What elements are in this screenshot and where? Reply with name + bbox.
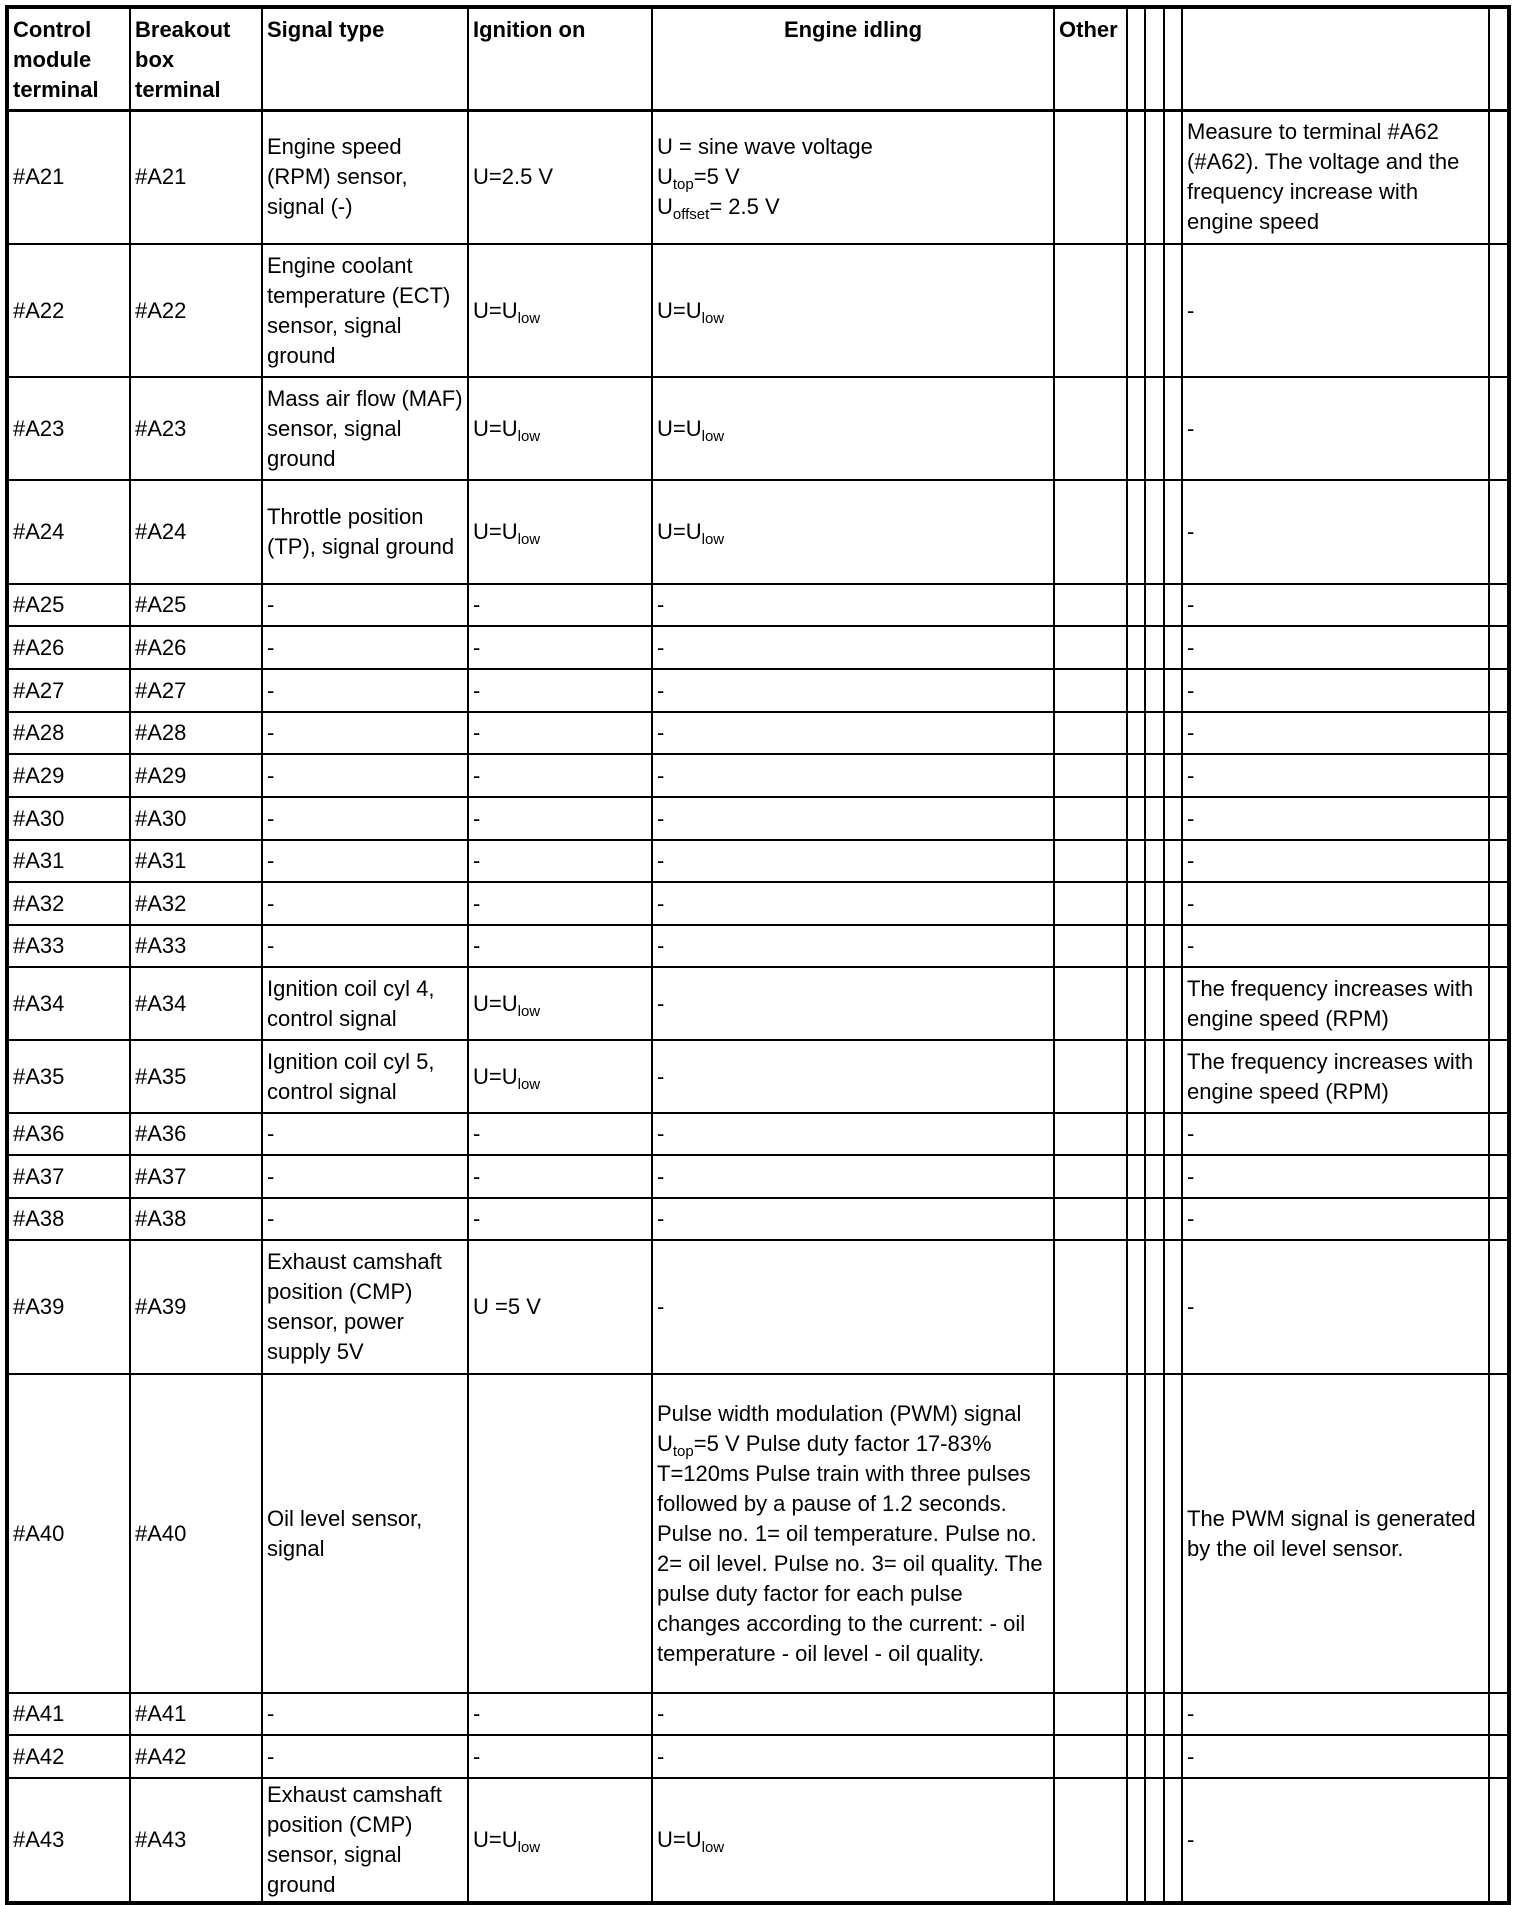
comment-cell: - [1182, 1735, 1489, 1778]
signal-type-cell: - [262, 754, 468, 797]
engine-idling-cell: - [652, 1693, 1054, 1735]
ignition-on-cell: U=Ulow [468, 480, 652, 584]
blank-cell [1489, 797, 1509, 840]
ignition-on-cell: - [468, 925, 652, 967]
blank-cell [1127, 925, 1145, 967]
other-cell [1054, 377, 1127, 480]
blank-cell [1127, 882, 1145, 925]
other-cell [1054, 1155, 1127, 1198]
header-signal-type: Signal type [262, 7, 468, 110]
blank-cell [1145, 840, 1164, 882]
blank-cell [1164, 480, 1182, 584]
ignition-on-cell: U=Ulow [468, 1778, 652, 1903]
ignition-on-cell: - [468, 669, 652, 712]
comment-cell: The frequency increases with engine spee… [1182, 967, 1489, 1040]
control-module-terminal-cell: #A43 [7, 1778, 130, 1903]
value-line: - [473, 1742, 647, 1772]
table-row: #A40#A40Oil level sensor, signalPulse wi… [7, 1374, 1509, 1693]
signal-type-cell: - [262, 1198, 468, 1240]
other-cell [1054, 480, 1127, 584]
blank-cell [1489, 244, 1509, 377]
comment-cell: - [1182, 480, 1489, 584]
blank-cell [1489, 925, 1509, 967]
signal-type-cell: - [262, 712, 468, 754]
blank-cell [1164, 584, 1182, 626]
comment-cell: - [1182, 1240, 1489, 1374]
breakout-box-terminal-cell: #A31 [130, 840, 262, 882]
blank-cell [1164, 712, 1182, 754]
header-blank-3 [1164, 7, 1182, 110]
blank-cell [1145, 925, 1164, 967]
table-row: #A27#A27---- [7, 669, 1509, 712]
table-row: #A39#A39Exhaust camshaft position (CMP) … [7, 1240, 1509, 1374]
engine-idling-cell: - [652, 925, 1054, 967]
table-row: #A23#A23Mass air flow (MAF) sensor, sign… [7, 377, 1509, 480]
engine-idling-cell: U=Ulow [652, 480, 1054, 584]
table-row: #A37#A37---- [7, 1155, 1509, 1198]
value-line: - [657, 590, 1049, 620]
engine-idling-cell: - [652, 797, 1054, 840]
control-module-terminal-cell: #A35 [7, 1040, 130, 1113]
blank-cell [1127, 1113, 1145, 1155]
ignition-on-cell: U=Ulow [468, 1040, 652, 1113]
value-line: U=Ulow [657, 296, 1049, 326]
blank-cell [1489, 1693, 1509, 1735]
value-line: - [657, 1162, 1049, 1192]
blank-cell [1145, 754, 1164, 797]
table-row: #A42#A42---- [7, 1735, 1509, 1778]
blank-cell [1164, 925, 1182, 967]
blank-cell [1127, 1198, 1145, 1240]
comment-cell: - [1182, 754, 1489, 797]
table-row: #A25#A25---- [7, 584, 1509, 626]
comment-cell: The PWM signal is generated by the oil l… [1182, 1374, 1489, 1693]
other-cell [1054, 1374, 1127, 1693]
blank-cell [1164, 1693, 1182, 1735]
other-cell [1054, 712, 1127, 754]
comment-cell: - [1182, 377, 1489, 480]
ignition-on-cell: - [468, 754, 652, 797]
engine-idling-cell: - [652, 754, 1054, 797]
comment-cell: - [1182, 1778, 1489, 1903]
header-control-module-terminal: Control module terminal [7, 7, 130, 110]
blank-cell [1489, 840, 1509, 882]
signal-type-cell: Engine speed (RPM) sensor, signal (-) [262, 110, 468, 244]
other-cell [1054, 1113, 1127, 1155]
ignition-on-cell: - [468, 1198, 652, 1240]
signal-type-cell: - [262, 669, 468, 712]
blank-cell [1164, 377, 1182, 480]
engine-idling-cell: - [652, 882, 1054, 925]
blank-cell [1127, 840, 1145, 882]
breakout-box-terminal-cell: #A43 [130, 1778, 262, 1903]
signal-type-cell: - [262, 797, 468, 840]
blank-cell [1164, 669, 1182, 712]
blank-cell [1127, 626, 1145, 669]
blank-cell [1145, 1735, 1164, 1778]
comment-cell: - [1182, 797, 1489, 840]
control-module-terminal-cell: #A41 [7, 1693, 130, 1735]
table-row: #A43#A43Exhaust camshaft position (CMP) … [7, 1778, 1509, 1903]
blank-cell [1145, 712, 1164, 754]
breakout-box-terminal-cell: #A35 [130, 1040, 262, 1113]
signal-type-cell: Ignition coil cyl 4, control signal [262, 967, 468, 1040]
blank-cell [1145, 1778, 1164, 1903]
value-line: - [657, 718, 1049, 748]
breakout-box-terminal-cell: #A22 [130, 244, 262, 377]
control-module-terminal-cell: #A21 [7, 110, 130, 244]
value-line: Uoffset= 2.5 V [657, 192, 1049, 222]
value-line: U=Ulow [473, 517, 647, 547]
control-module-terminal-cell: #A37 [7, 1155, 130, 1198]
blank-cell [1164, 1155, 1182, 1198]
engine-idling-cell: - [652, 712, 1054, 754]
blank-cell [1164, 1735, 1182, 1778]
signal-type-cell: Exhaust camshaft position (CMP) sensor, … [262, 1778, 468, 1903]
control-module-terminal-cell: #A22 [7, 244, 130, 377]
table-row: #A31#A31---- [7, 840, 1509, 882]
ignition-on-cell: U =5 V [468, 1240, 652, 1374]
breakout-box-terminal-cell: #A28 [130, 712, 262, 754]
blank-cell [1489, 377, 1509, 480]
blank-cell [1164, 882, 1182, 925]
engine-idling-cell: U=Ulow [652, 377, 1054, 480]
other-cell [1054, 925, 1127, 967]
blank-cell [1127, 244, 1145, 377]
control-module-terminal-cell: #A33 [7, 925, 130, 967]
control-module-terminal-cell: #A28 [7, 712, 130, 754]
blank-cell [1164, 1198, 1182, 1240]
value-line: U=Ulow [657, 414, 1049, 444]
breakout-box-terminal-cell: #A33 [130, 925, 262, 967]
header-blank-4 [1489, 7, 1509, 110]
value-line: U=Ulow [473, 414, 647, 444]
blank-cell [1145, 1155, 1164, 1198]
comment-cell: - [1182, 244, 1489, 377]
blank-cell [1489, 754, 1509, 797]
value-line: U =5 V [473, 1292, 647, 1322]
blank-cell [1145, 244, 1164, 377]
control-module-terminal-cell: #A31 [7, 840, 130, 882]
blank-cell [1127, 110, 1145, 244]
value-line: - [657, 1062, 1049, 1092]
blank-cell [1145, 1374, 1164, 1693]
ignition-on-cell: U=Ulow [468, 244, 652, 377]
signal-type-cell: - [262, 1155, 468, 1198]
table-row: #A26#A26---- [7, 626, 1509, 669]
ignition-on-cell: U=Ulow [468, 967, 652, 1040]
value-line: U=Ulow [657, 1825, 1049, 1855]
ignition-on-cell: - [468, 626, 652, 669]
other-cell [1054, 1778, 1127, 1903]
breakout-box-terminal-cell: #A30 [130, 797, 262, 840]
signal-type-cell: - [262, 882, 468, 925]
control-module-terminal-cell: #A42 [7, 1735, 130, 1778]
ignition-on-cell: - [468, 882, 652, 925]
comment-cell: - [1182, 669, 1489, 712]
blank-cell [1127, 797, 1145, 840]
blank-cell [1127, 1374, 1145, 1693]
breakout-box-terminal-cell: #A23 [130, 377, 262, 480]
blank-cell [1489, 110, 1509, 244]
table-row: #A34#A34Ignition coil cyl 4, control sig… [7, 967, 1509, 1040]
breakout-box-terminal-cell: #A40 [130, 1374, 262, 1693]
blank-cell [1489, 669, 1509, 712]
other-cell [1054, 1198, 1127, 1240]
breakout-box-terminal-cell: #A38 [130, 1198, 262, 1240]
other-cell [1054, 1735, 1127, 1778]
value-line: - [473, 676, 647, 706]
breakout-box-terminal-cell: #A29 [130, 754, 262, 797]
ignition-on-cell: - [468, 840, 652, 882]
engine-idling-cell: - [652, 584, 1054, 626]
header-breakout-box-terminal: Breakout box terminal [130, 7, 262, 110]
table-row: #A38#A38---- [7, 1198, 1509, 1240]
ignition-on-cell [468, 1374, 652, 1693]
blank-cell [1489, 967, 1509, 1040]
blank-cell [1164, 1240, 1182, 1374]
blank-cell [1127, 669, 1145, 712]
value-line: U=Ulow [473, 1825, 647, 1855]
header-engine-idling: Engine idling [652, 7, 1054, 110]
value-line: - [473, 804, 647, 834]
breakout-box-terminal-cell: #A42 [130, 1735, 262, 1778]
table-row: #A30#A30---- [7, 797, 1509, 840]
blank-cell [1145, 1113, 1164, 1155]
blank-cell [1489, 480, 1509, 584]
comment-cell: - [1182, 925, 1489, 967]
blank-cell [1127, 712, 1145, 754]
engine-idling-cell: Pulse width modulation (PWM) signal Utop… [652, 1374, 1054, 1693]
blank-cell [1164, 754, 1182, 797]
value-line: - [473, 889, 647, 919]
engine-idling-cell: - [652, 626, 1054, 669]
table-row: #A36#A36---- [7, 1113, 1509, 1155]
value-line: - [473, 846, 647, 876]
control-module-terminal-cell: #A34 [7, 967, 130, 1040]
control-module-terminal-cell: #A29 [7, 754, 130, 797]
value-line: - [657, 889, 1049, 919]
blank-cell [1145, 797, 1164, 840]
table-row: #A24#A24Throttle position (TP), signal g… [7, 480, 1509, 584]
blank-cell [1164, 797, 1182, 840]
terminal-pinout-table: Control module terminal Breakout box ter… [5, 5, 1511, 1904]
blank-cell [1145, 1198, 1164, 1240]
breakout-box-terminal-cell: #A27 [130, 669, 262, 712]
table-row: #A41#A41---- [7, 1693, 1509, 1735]
blank-cell [1127, 584, 1145, 626]
value-line: U=2.5 V [473, 162, 647, 192]
blank-cell [1489, 1240, 1509, 1374]
engine-idling-cell: - [652, 840, 1054, 882]
engine-idling-cell: U=Ulow [652, 244, 1054, 377]
breakout-box-terminal-cell: #A25 [130, 584, 262, 626]
engine-idling-cell: U=Ulow [652, 1778, 1054, 1903]
value-line: - [657, 761, 1049, 791]
ignition-on-cell: - [468, 797, 652, 840]
blank-cell [1127, 1735, 1145, 1778]
blank-cell [1127, 480, 1145, 584]
blank-cell [1489, 712, 1509, 754]
control-module-terminal-cell: #A23 [7, 377, 130, 480]
header-other: Other [1054, 7, 1127, 110]
blank-cell [1489, 1040, 1509, 1113]
ignition-on-cell: - [468, 1113, 652, 1155]
engine-idling-cell: - [652, 1735, 1054, 1778]
header-ignition-on: Ignition on [468, 7, 652, 110]
engine-idling-cell: - [652, 1113, 1054, 1155]
blank-cell [1127, 377, 1145, 480]
comment-cell: The frequency increases with engine spee… [1182, 1040, 1489, 1113]
breakout-box-terminal-cell: #A21 [130, 110, 262, 244]
control-module-terminal-cell: #A40 [7, 1374, 130, 1693]
blank-cell [1127, 1040, 1145, 1113]
value-line: U=Ulow [473, 296, 647, 326]
value-line: - [473, 1699, 647, 1729]
comment-cell: - [1182, 882, 1489, 925]
control-module-terminal-cell: #A24 [7, 480, 130, 584]
table-body: #A21#A21Engine speed (RPM) sensor, signa… [7, 110, 1509, 1903]
header-comment [1182, 7, 1489, 110]
other-cell [1054, 1040, 1127, 1113]
blank-cell [1127, 1240, 1145, 1374]
table-row: #A32#A32---- [7, 882, 1509, 925]
blank-cell [1127, 1778, 1145, 1903]
other-cell [1054, 584, 1127, 626]
control-module-terminal-cell: #A25 [7, 584, 130, 626]
ignition-on-cell: - [468, 584, 652, 626]
value-line: Pulse width modulation (PWM) signal Utop… [657, 1399, 1049, 1669]
blank-cell [1489, 1735, 1509, 1778]
ignition-on-cell: - [468, 1155, 652, 1198]
engine-idling-cell: - [652, 1155, 1054, 1198]
value-line: - [657, 1699, 1049, 1729]
blank-cell [1164, 244, 1182, 377]
breakout-box-terminal-cell: #A39 [130, 1240, 262, 1374]
blank-cell [1145, 967, 1164, 1040]
value-line: - [473, 1204, 647, 1234]
signal-type-cell: - [262, 1735, 468, 1778]
comment-cell: - [1182, 1693, 1489, 1735]
value-line: - [657, 1292, 1049, 1322]
value-line: - [657, 1742, 1049, 1772]
value-line: - [657, 804, 1049, 834]
blank-cell [1145, 669, 1164, 712]
blank-cell [1145, 377, 1164, 480]
blank-cell [1489, 1155, 1509, 1198]
other-cell [1054, 1693, 1127, 1735]
blank-cell [1489, 1113, 1509, 1155]
table-row: #A29#A29---- [7, 754, 1509, 797]
signal-type-cell: Throttle position (TP), signal ground [262, 480, 468, 584]
control-module-terminal-cell: #A39 [7, 1240, 130, 1374]
value-line: U=Ulow [657, 517, 1049, 547]
value-line: - [657, 1204, 1049, 1234]
blank-cell [1145, 584, 1164, 626]
signal-type-cell: - [262, 584, 468, 626]
table-row: #A35#A35Ignition coil cyl 5, control sig… [7, 1040, 1509, 1113]
value-line: - [473, 931, 647, 961]
control-module-terminal-cell: #A27 [7, 669, 130, 712]
other-cell [1054, 1240, 1127, 1374]
comment-cell: - [1182, 1155, 1489, 1198]
engine-idling-cell: - [652, 1040, 1054, 1113]
value-line: Utop=5 V [657, 162, 1049, 192]
blank-cell [1145, 626, 1164, 669]
blank-cell [1145, 1040, 1164, 1113]
signal-type-cell: - [262, 1693, 468, 1735]
signal-type-cell: - [262, 1113, 468, 1155]
blank-cell [1164, 1778, 1182, 1903]
comment-cell: - [1182, 584, 1489, 626]
breakout-box-terminal-cell: #A26 [130, 626, 262, 669]
value-line: - [657, 846, 1049, 876]
breakout-box-terminal-cell: #A24 [130, 480, 262, 584]
value-line: - [657, 1119, 1049, 1149]
blank-cell [1145, 1240, 1164, 1374]
blank-cell [1127, 967, 1145, 1040]
engine-idling-cell: U = sine wave voltageUtop=5 VUoffset= 2.… [652, 110, 1054, 244]
table-row: #A21#A21Engine speed (RPM) sensor, signa… [7, 110, 1509, 244]
ignition-on-cell: - [468, 712, 652, 754]
other-cell [1054, 882, 1127, 925]
signal-type-cell: - [262, 626, 468, 669]
ignition-on-cell: - [468, 1693, 652, 1735]
value-line: - [473, 590, 647, 620]
breakout-box-terminal-cell: #A37 [130, 1155, 262, 1198]
engine-idling-cell: - [652, 1198, 1054, 1240]
header-row: Control module terminal Breakout box ter… [7, 7, 1509, 110]
blank-cell [1164, 626, 1182, 669]
value-line: - [657, 633, 1049, 663]
signal-type-cell: Engine coolant temperature (ECT) sensor,… [262, 244, 468, 377]
blank-cell [1489, 1198, 1509, 1240]
blank-cell [1164, 1040, 1182, 1113]
table-row: #A22#A22Engine coolant temperature (ECT)… [7, 244, 1509, 377]
control-module-terminal-cell: #A32 [7, 882, 130, 925]
ignition-on-cell: U=Ulow [468, 377, 652, 480]
control-module-terminal-cell: #A26 [7, 626, 130, 669]
blank-cell [1164, 840, 1182, 882]
value-line: - [473, 633, 647, 663]
blank-cell [1127, 1155, 1145, 1198]
table-row: #A33#A33---- [7, 925, 1509, 967]
value-line: U = sine wave voltage [657, 132, 1049, 162]
blank-cell [1127, 754, 1145, 797]
blank-cell [1145, 882, 1164, 925]
blank-cell [1489, 584, 1509, 626]
comment-cell: - [1182, 1198, 1489, 1240]
table-row: #A28#A28---- [7, 712, 1509, 754]
blank-cell [1164, 110, 1182, 244]
breakout-box-terminal-cell: #A41 [130, 1693, 262, 1735]
blank-cell [1164, 1374, 1182, 1693]
value-line: U=Ulow [473, 1062, 647, 1092]
blank-cell [1127, 1693, 1145, 1735]
other-cell [1054, 797, 1127, 840]
comment-cell: - [1182, 840, 1489, 882]
blank-cell [1489, 1374, 1509, 1693]
signal-type-cell: Ignition coil cyl 5, control signal [262, 1040, 468, 1113]
comment-cell: Measure to terminal #A62 (#A62). The vol… [1182, 110, 1489, 244]
value-line: - [473, 1119, 647, 1149]
breakout-box-terminal-cell: #A34 [130, 967, 262, 1040]
blank-cell [1164, 967, 1182, 1040]
value-line: - [657, 989, 1049, 1019]
signal-type-cell: Exhaust camshaft position (CMP) sensor, … [262, 1240, 468, 1374]
comment-cell: - [1182, 626, 1489, 669]
other-cell [1054, 840, 1127, 882]
